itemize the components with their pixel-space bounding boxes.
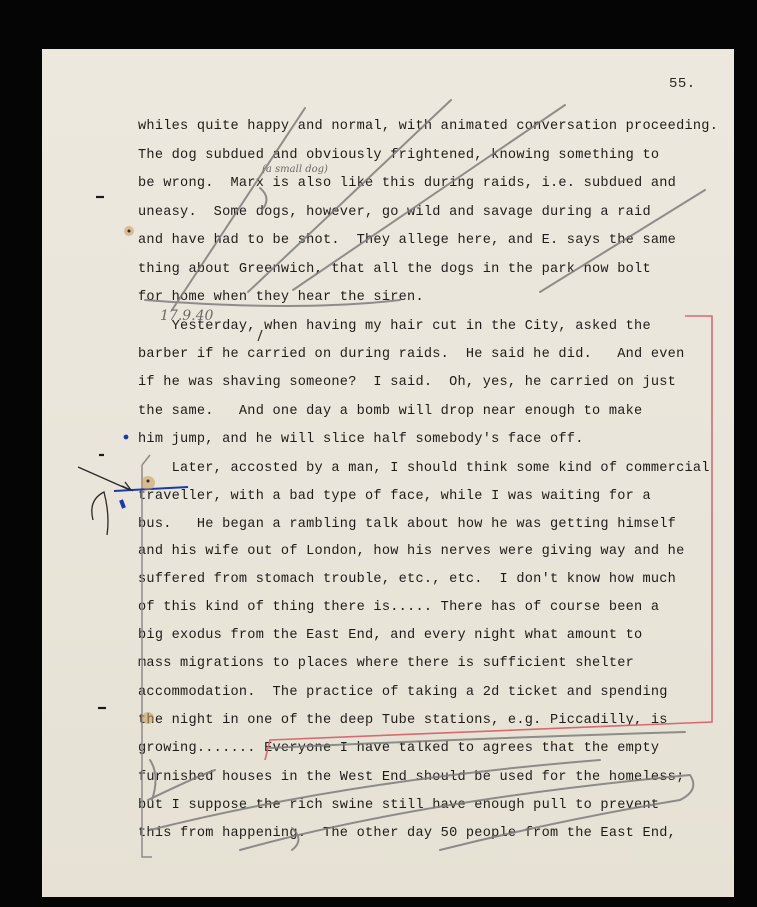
text-line: the same. And one day a bomb will drop n… [138, 404, 642, 420]
text-line: but I suppose the rich swine still have … [138, 798, 659, 814]
text-line: for home when they hear the siren. [138, 290, 424, 306]
text-line: suffered from stomach trouble, etc., etc… [138, 572, 676, 588]
text-line: and his wife out of London, how his nerv… [138, 544, 685, 560]
text-line: uneasy. Some dogs, however, go wild and … [138, 205, 651, 221]
text-line: Yesterday, when having my hair cut in th… [138, 319, 651, 335]
text-line: big exodus from the East End, and every … [138, 628, 642, 644]
text-line: The dog subdued and obviously frightened… [138, 148, 659, 164]
text-line: whiles quite happy and normal, with anim… [138, 119, 718, 135]
handwritten-insert: (a small dog) [262, 164, 328, 175]
text-line: traveller, with a bad type of face, whil… [138, 489, 651, 505]
page-number: 55. [669, 76, 696, 92]
text-line: furnished houses in the West End should … [138, 770, 685, 786]
text-line: and have had to be shot. They allege her… [138, 233, 676, 249]
text-line: him jump, and he will slice half somebod… [138, 432, 584, 448]
text-line: of this kind of thing there is..... Ther… [138, 600, 659, 616]
text-line: the night in one of the deep Tube statio… [138, 713, 668, 729]
text-line: mass migrations to places where there is… [138, 656, 634, 672]
text-line: accommodation. The practice of taking a … [138, 685, 668, 701]
text-line: if he was shaving someone? I said. Oh, y… [138, 375, 676, 391]
handwritten-date: 17.9.40 [160, 308, 213, 324]
text-line: Later, accosted by a man, I should think… [138, 461, 710, 477]
text-line: thing about Greenwich, that all the dogs… [138, 262, 651, 278]
text-line: bus. He began a rambling talk about how … [138, 517, 676, 533]
text-line: barber if he carried on during raids. He… [138, 347, 685, 363]
text-line: this from happening. The other day 50 pe… [138, 826, 676, 842]
text-line: be wrong. Marx is also like this during … [138, 176, 676, 192]
text-line: growing....... Everyone I have talked to… [138, 741, 659, 757]
